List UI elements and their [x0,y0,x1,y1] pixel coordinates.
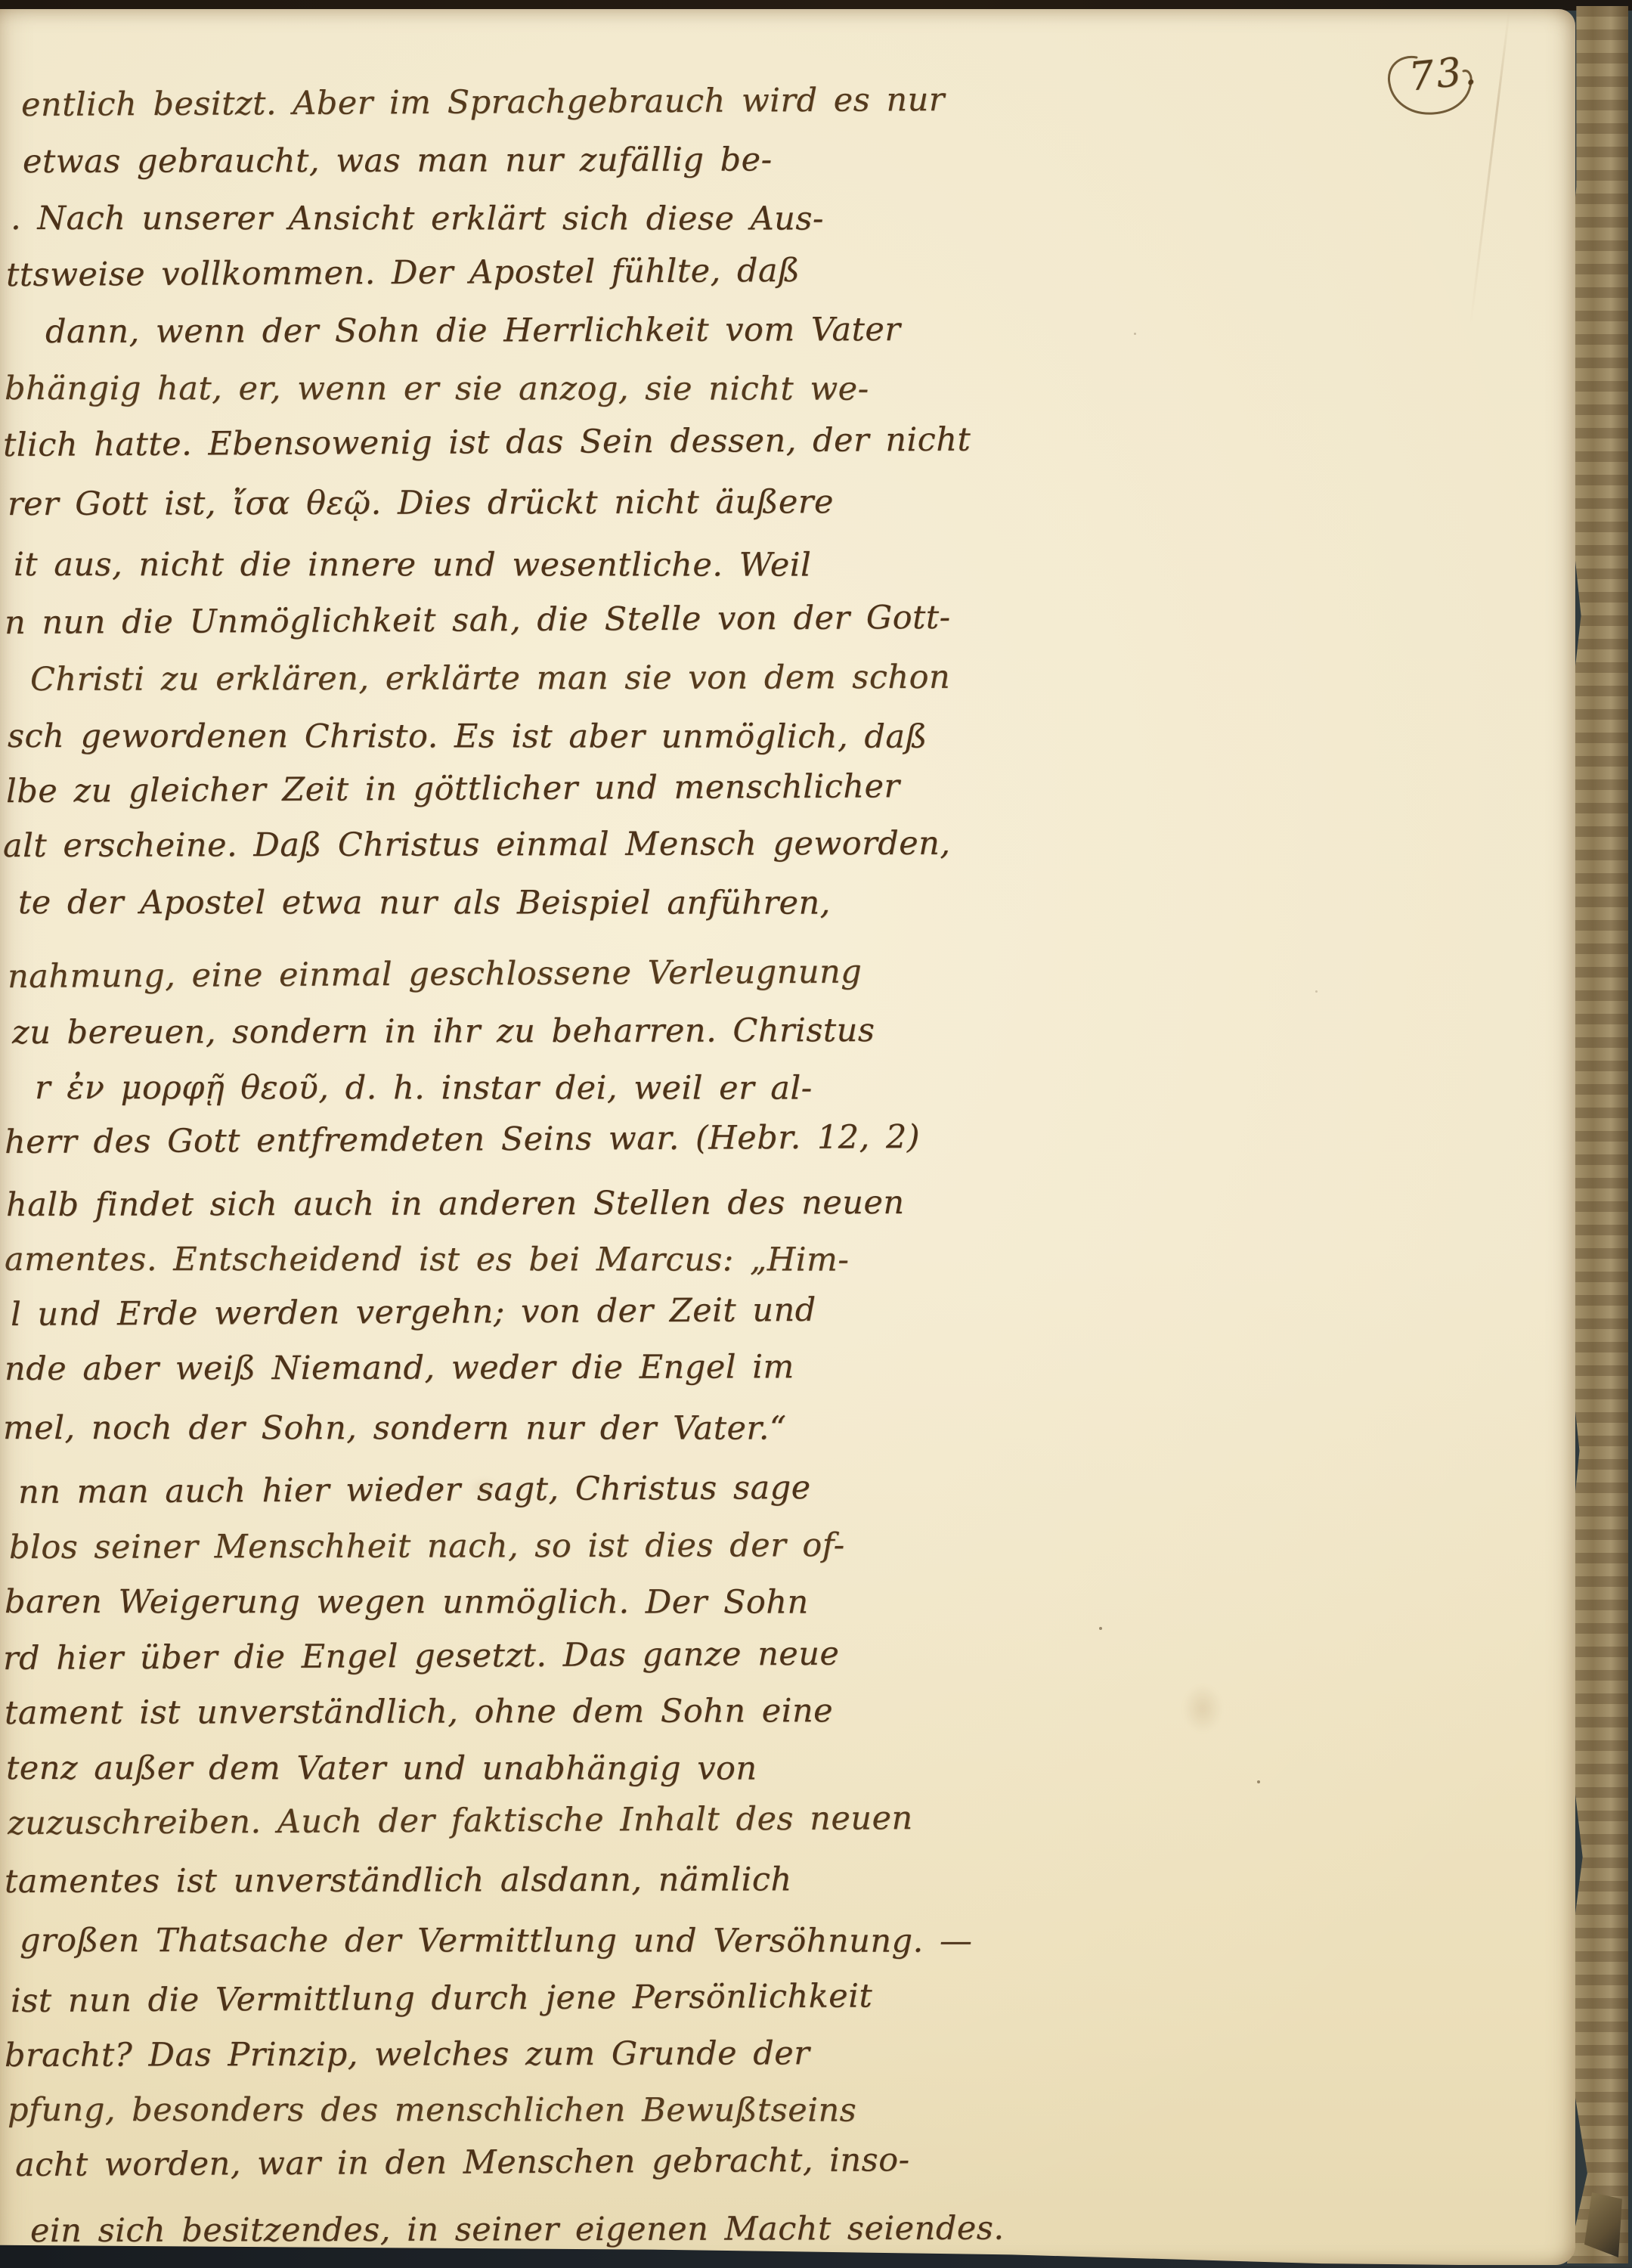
manuscript-line: . Nach unserer Ansicht erklärt sich dies… [11,200,824,239]
manuscript-line: baren Weigerung wegen unmöglich. Der Soh… [5,1583,809,1622]
page-number: 73. [1377,44,1513,135]
manuscript-line: ein sich besitzendes, in seiner eigenen … [30,2210,1005,2251]
manuscript-line: nahmung, eine einmal geschlossene Verleu… [8,953,862,996]
manuscript-line: bhängig hat, er, wenn er sie anzog, sie … [5,370,869,409]
manuscript-scan: entlich besitzt. Aber im Sprachgebrauch … [0,0,1632,2268]
manuscript-line: ist nun die Vermittlung durch jene Persö… [11,1977,873,2021]
manuscript-line: pfung, besonders des menschlichen Bewußt… [8,2091,856,2130]
manuscript-line: lbe zu gleicher Zeit in göttlicher und m… [6,767,900,811]
manuscript-line: it aus, nicht die innere und wesentliche… [14,546,811,585]
manuscript-line: l und Erde werden vergehn; von der Zeit … [11,1291,816,1335]
manuscript-line: te der Apostel etwa nur als Beispiel anf… [18,884,831,923]
manuscript-line: nn man auch hier wieder sagt, Christus s… [18,1469,811,1513]
manuscript-line: tenz außer dem Vater und unabhängig von [6,1749,757,1789]
manuscript-line: Christi zu erklären, erklärte man sie vo… [30,658,950,700]
manuscript-line: zuzuschreiben. Auch der faktische Inhalt… [8,1799,913,1843]
manuscript-line: amentes. Entscheidend ist es bei Marcus:… [5,1241,849,1280]
manuscript-line: tament ist unverständlich, ohne dem Sohn… [5,1692,833,1733]
manuscript-line: n nun die Unmöglichkeit sah, die Stelle … [5,599,951,643]
manuscript-line: entlich besitzt. Aber im Sprachgebrauch … [21,81,945,125]
manuscript-line: r ἐν μορφῇ θεοῦ, d. h. instar dei, weil … [35,1069,813,1108]
manuscript-line: ttsweise vollkommen. Der Apostel fühlte,… [6,252,801,296]
manuscript-line: acht worden, war in den Menschen gebrach… [15,2141,910,2185]
paper-stain [1183,1684,1222,1733]
manuscript-line: sch gewordenen Christo. Es ist aber unmö… [8,717,927,757]
paper-speck [1134,333,1136,335]
paper-speck [1099,1627,1102,1630]
manuscript-line: rer Gott ist, ἴσα θεῷ. Dies drückt nicht… [8,483,834,524]
paper-stain [469,1478,499,1498]
manuscript-line: alt erscheine. Daß Christus einmal Mensc… [3,825,951,866]
manuscript-line: herr des Gott entfremdeten Seins war. (H… [5,1118,920,1163]
paper-speck [1257,1780,1260,1783]
page-number-text: 73. [1407,51,1481,97]
paper-speck [1315,990,1318,993]
manuscript-line: rd hier über die Engel gesetzt. Das ganz… [3,1635,840,1679]
manuscript-line: etwas gebraucht, was man nur zufällig be… [23,141,773,181]
manuscript-line: großen Thatsache der Vermittlung und Ver… [20,1922,972,1961]
manuscript-line: tlich hatte. Ebensowenig ist das Sein de… [3,421,971,466]
manuscript-line: halb findet sich auch in anderen Stellen… [6,1184,905,1225]
manuscript-line: bracht? Das Prinzip, welches zum Grunde … [5,2034,810,2075]
manuscript-line: mel, noch der Sohn, sondern nur der Vate… [3,1409,786,1448]
manuscript-line: tamentes ist unverständlich alsdann, näm… [5,1861,792,1901]
manuscript-line: nde aber weiß Niemand, weder die Engel i… [5,1348,794,1389]
manuscript-line: dann, wenn der Sohn die Herrlichkeit vom… [45,311,901,352]
manuscript-line: blos seiner Menschheit nach, so ist dies… [9,1526,845,1567]
manuscript-line: zu bereuen, sondern in ihr zu beharren. … [12,1012,875,1053]
